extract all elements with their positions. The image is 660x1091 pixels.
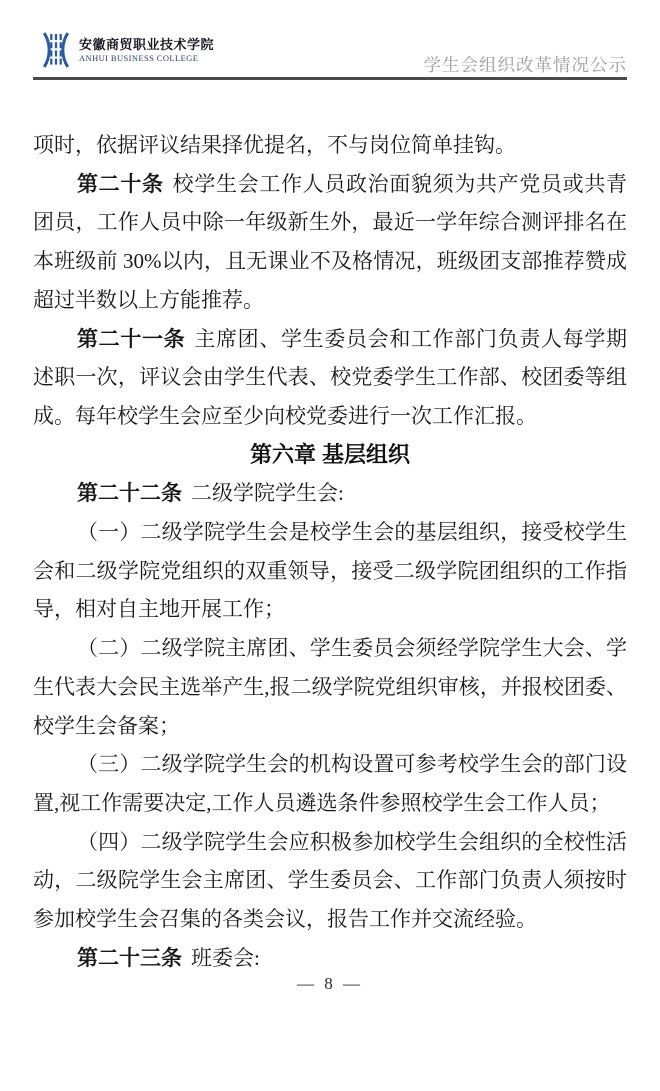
article-text: 班委会: <box>191 946 260 970</box>
college-name-en: ANHUI BUSINESS COLLEGE <box>79 53 214 64</box>
college-emblem-bars-icon <box>40 31 72 69</box>
document-body: 项时，依据评议结果择优提名，不与岗位简单挂钩。 第二十条校学生会工作人员政治面貌… <box>33 126 627 977</box>
header-divider <box>33 77 627 80</box>
article-paragraph-21: 第二十一条主席团、学生委员会和工作部门负责人每学期述职一次，评议会由学生代表、校… <box>33 320 627 436</box>
list-item-1: （一）二级学院学生会是校学生会的基层组织，接受校学生会和二级学院党组织的双重领导… <box>33 513 627 629</box>
document-page: 安徽商贸职业技术学院 ANHUI BUSINESS COLLEGE 学生会组织改… <box>0 0 660 1091</box>
article-label: 第二十三条 <box>77 946 182 970</box>
doc-header-title: 学生会组织改革情况公示 <box>424 52 628 77</box>
article-label: 第二十二条 <box>77 481 182 505</box>
article-text: 二级学院学生会: <box>191 481 344 505</box>
college-name-cn: 安徽商贸职业技术学院 <box>79 36 214 53</box>
article-paragraph-23: 第二十三条班委会: <box>33 939 627 978</box>
article-paragraph-22: 第二十二条二级学院学生会: <box>33 474 627 513</box>
list-item-3: （三）二级学院学生会的机构设置可参考校学生会的部门设置,视工作需要决定,工作人员… <box>33 745 627 822</box>
list-item-2: （二）二级学院主席团、学生委员会须经学院学生大会、学生代表大会民主选举产生,报二… <box>33 629 627 745</box>
article-label: 第二十条 <box>77 172 164 196</box>
footer-page-number: — 8 — <box>0 974 660 994</box>
chapter-heading: 第六章 基层组织 <box>33 436 627 475</box>
article-label: 第二十一条 <box>77 327 185 351</box>
college-name-block: 安徽商贸职业技术学院 ANHUI BUSINESS COLLEGE <box>79 36 214 64</box>
list-item-4: （四）二级学院学生会应积极参加校学生会组织的全校性活动，二级院学生会主席团、学生… <box>33 823 627 939</box>
article-paragraph-20: 第二十条校学生会工作人员政治面貌须为共产党员或共青团员，工作人员中除一年级新生外… <box>33 165 627 320</box>
college-logo: 安徽商贸职业技术学院 ANHUI BUSINESS COLLEGE <box>40 31 214 69</box>
body-paragraph-continuation: 项时，依据评议结果择优提名，不与岗位简单挂钩。 <box>33 126 627 165</box>
